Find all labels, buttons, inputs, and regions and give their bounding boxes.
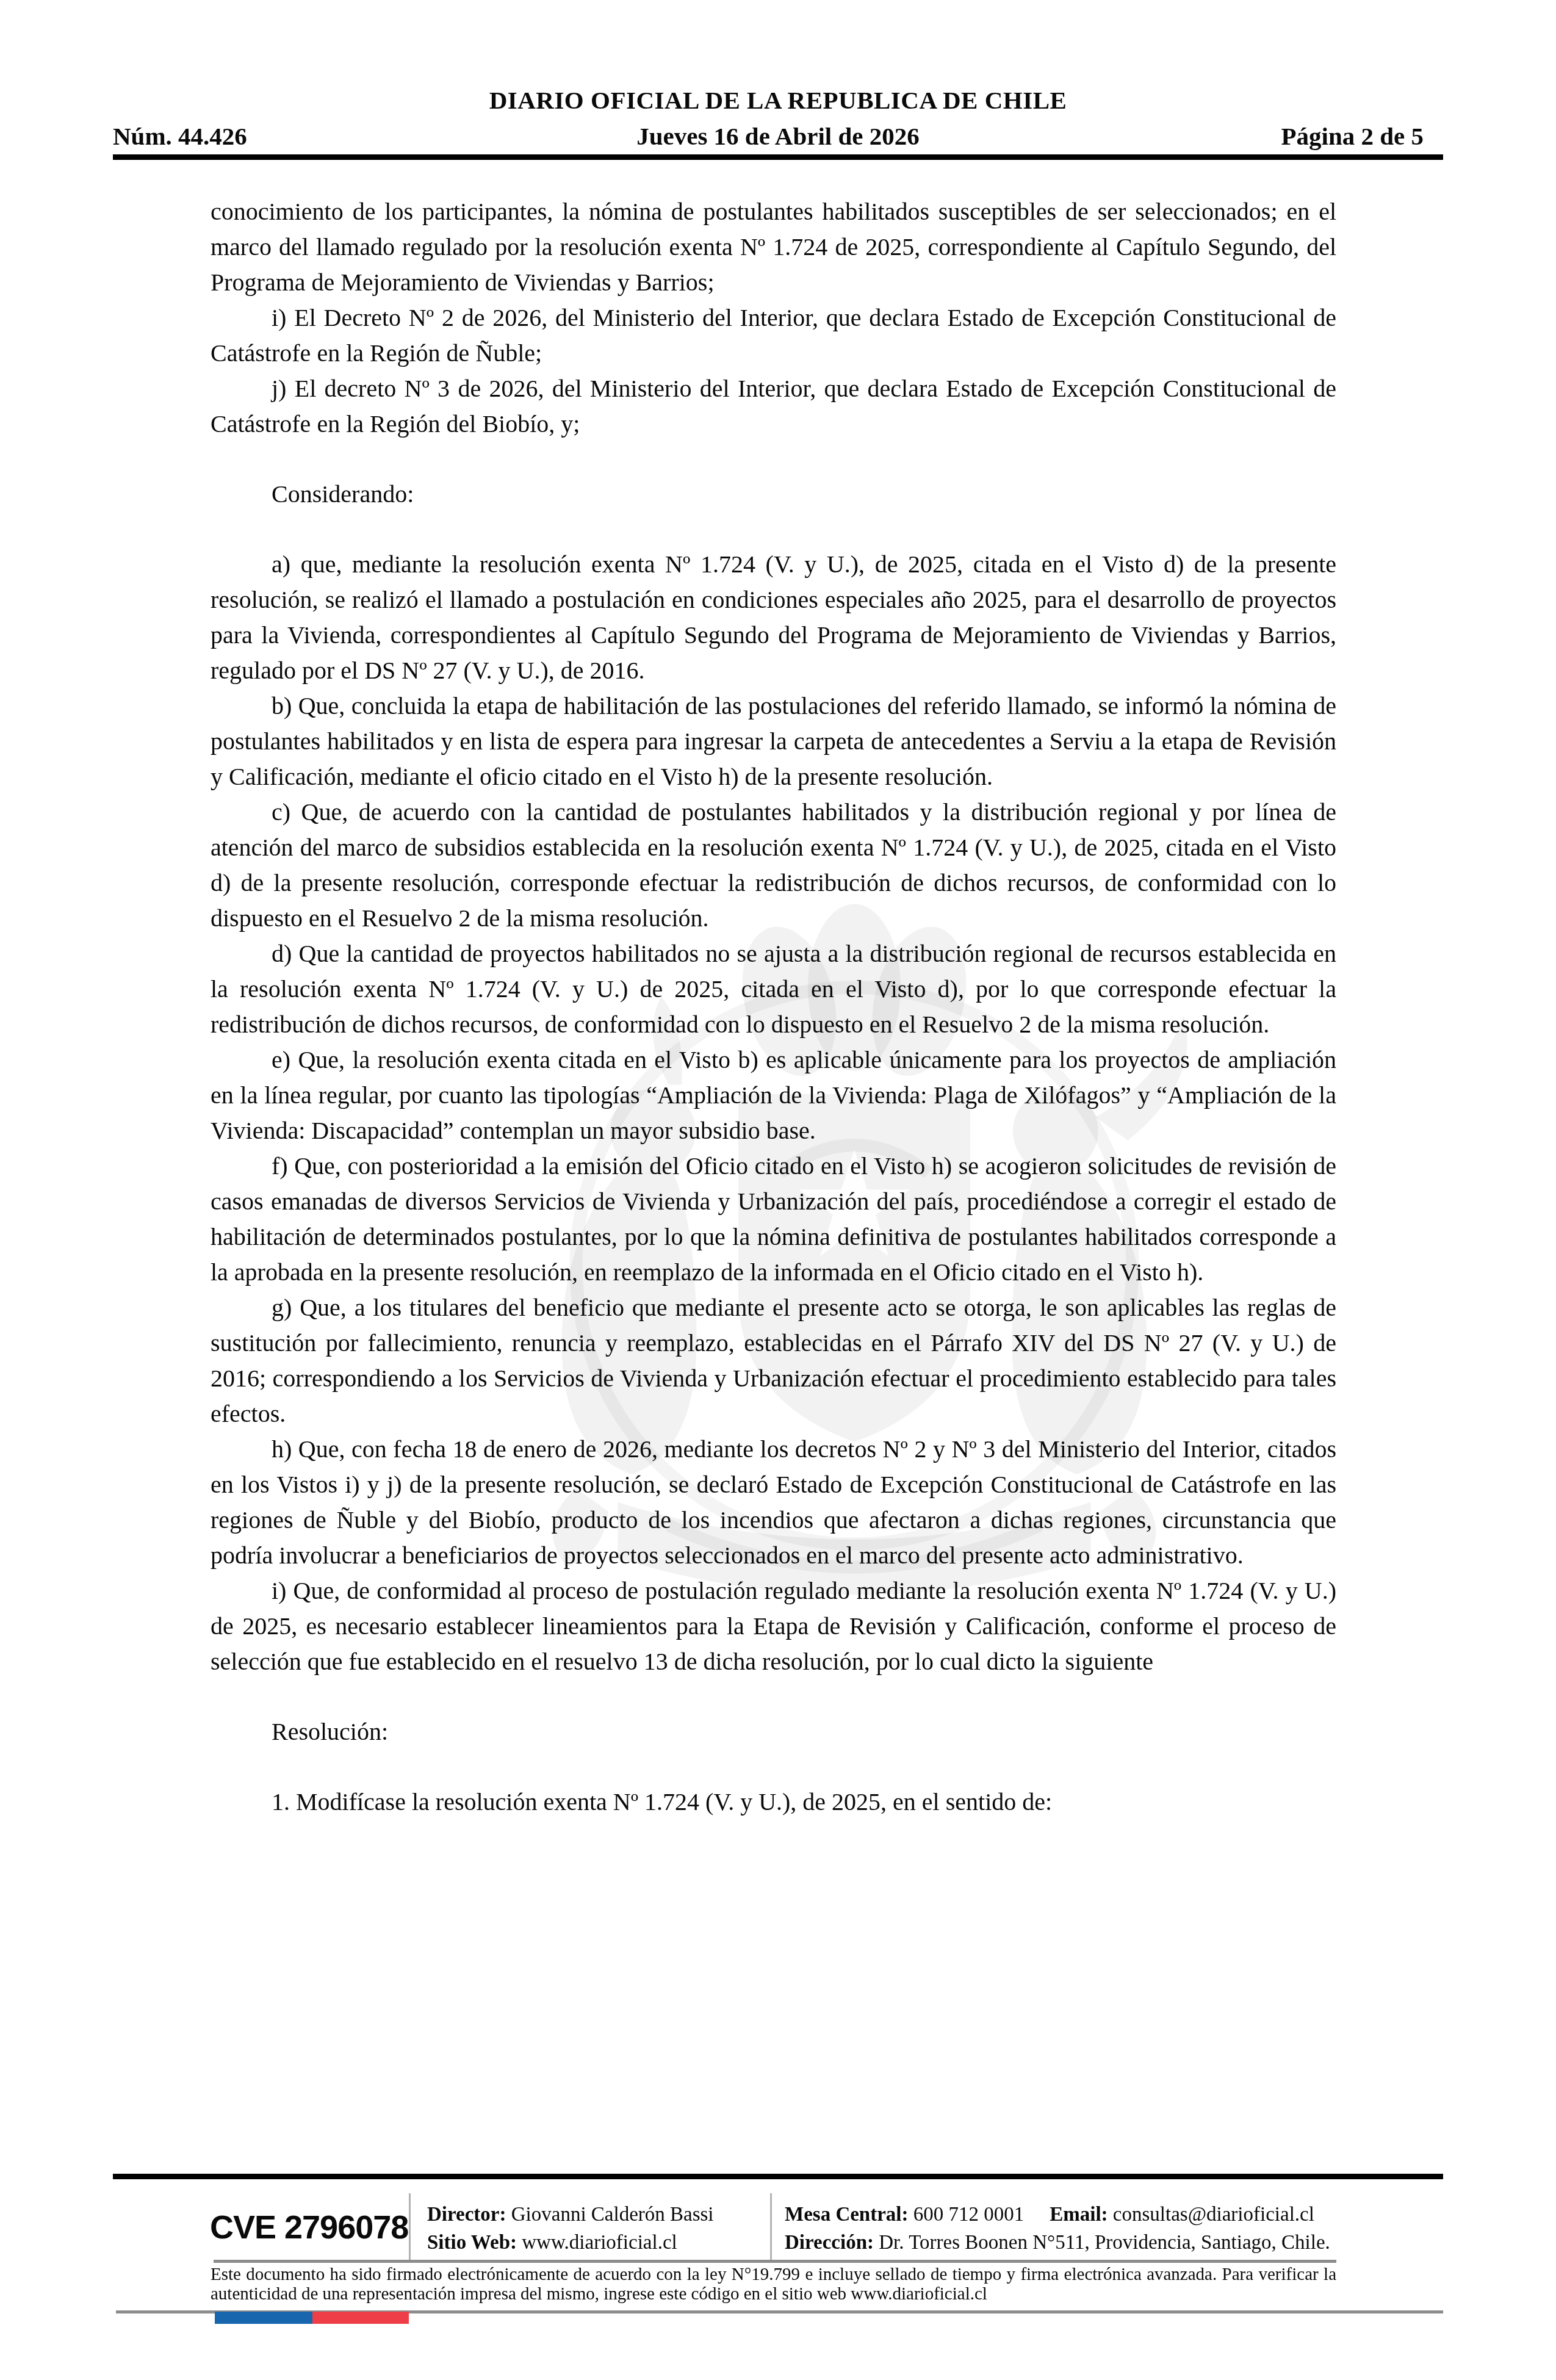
document-body: conocimiento de los participantes, la nó…	[211, 194, 1336, 1820]
paragraph: i) El Decreto Nº 2 de 2026, del Minister…	[211, 300, 1336, 371]
chile-flag-bar	[215, 2312, 409, 2324]
siteweb-line: Sitio Web: www.diarioficial.cl	[427, 2229, 714, 2257]
paragraph: a) que, mediante la resolución exenta Nº…	[211, 547, 1336, 688]
direccion-label: Dirección:	[785, 2232, 874, 2254]
email-label: Email:	[1050, 2204, 1108, 2226]
direccion-line: Dirección: Dr. Torres Boonen N°511, Prov…	[785, 2229, 1330, 2257]
header-row: Núm. 44.426 Jueves 16 de Abril de 2026 P…	[113, 121, 1443, 152]
paragraph: Resolución:	[211, 1714, 1336, 1750]
paragraph: conocimiento de los participantes, la nó…	[211, 194, 1336, 300]
director-value: Giovanni Calderón Bassi	[511, 2204, 714, 2226]
email-value: consultas@diarioficial.cl	[1113, 2204, 1314, 2226]
mesa-value: 600 712 0001	[913, 2204, 1025, 2226]
paragraph: 1. Modifícase la resolución exenta Nº 1.…	[211, 1784, 1336, 1820]
paragraph: g) Que, a los titulares del beneficio qu…	[211, 1290, 1336, 1432]
footer-director-block: Director: Giovanni Calderón Bassi Sitio …	[427, 2201, 714, 2257]
cve-code: CVE 2796078	[210, 2196, 408, 2259]
paragraph: h) Que, con fecha 18 de enero de 2026, m…	[211, 1432, 1336, 1573]
masthead-title: DIARIO OFICIAL DE LA REPUBLICA DE CHILE	[0, 85, 1556, 115]
siteweb-label: Sitio Web:	[427, 2232, 517, 2254]
issue-date: Jueves 16 de Abril de 2026	[113, 121, 1443, 151]
page-number: Página 2 de 5	[1281, 121, 1424, 151]
footer-middle-rule	[214, 2260, 1336, 2263]
paragraph: b) Que, concluida la etapa de habilitaci…	[211, 688, 1336, 795]
siteweb-value: www.diarioficial.cl	[522, 2232, 677, 2254]
footer-divider	[409, 2193, 411, 2263]
flag-red-segment	[312, 2312, 409, 2324]
mesa-email-line: Mesa Central: 600 712 0001Email: consult…	[785, 2201, 1330, 2229]
footer-divider	[770, 2193, 772, 2263]
footer-top-rule	[113, 2174, 1443, 2179]
paragraph: f) Que, con posterioridad a la emisión d…	[211, 1149, 1336, 1290]
paragraph: e) Que, la resolución exenta citada en e…	[211, 1042, 1336, 1149]
header-rule	[113, 154, 1443, 160]
paragraph: Considerando:	[211, 477, 1336, 512]
director-label: Director:	[427, 2204, 506, 2226]
footer-contact-block: Mesa Central: 600 712 0001Email: consult…	[785, 2201, 1330, 2257]
mesa-label: Mesa Central:	[785, 2204, 909, 2226]
paragraph: c) Que, de acuerdo con la cantidad de po…	[211, 795, 1336, 936]
paragraph: d) Que la cantidad de proyectos habilita…	[211, 936, 1336, 1042]
disclaimer-text: Este documento ha sido firmado electróni…	[211, 2265, 1336, 2304]
director-line: Director: Giovanni Calderón Bassi	[427, 2201, 714, 2229]
document-page: { "header": { "issue": "Núm. 44.426", "t…	[0, 0, 1556, 2380]
paragraph: i) Que, de conformidad al proceso de pos…	[211, 1573, 1336, 1679]
direccion-value: Dr. Torres Boonen N°511, Providencia, Sa…	[879, 2232, 1330, 2254]
paragraph: j) El decreto Nº 3 de 2026, del Minister…	[211, 371, 1336, 442]
flag-blue-segment	[215, 2312, 312, 2324]
